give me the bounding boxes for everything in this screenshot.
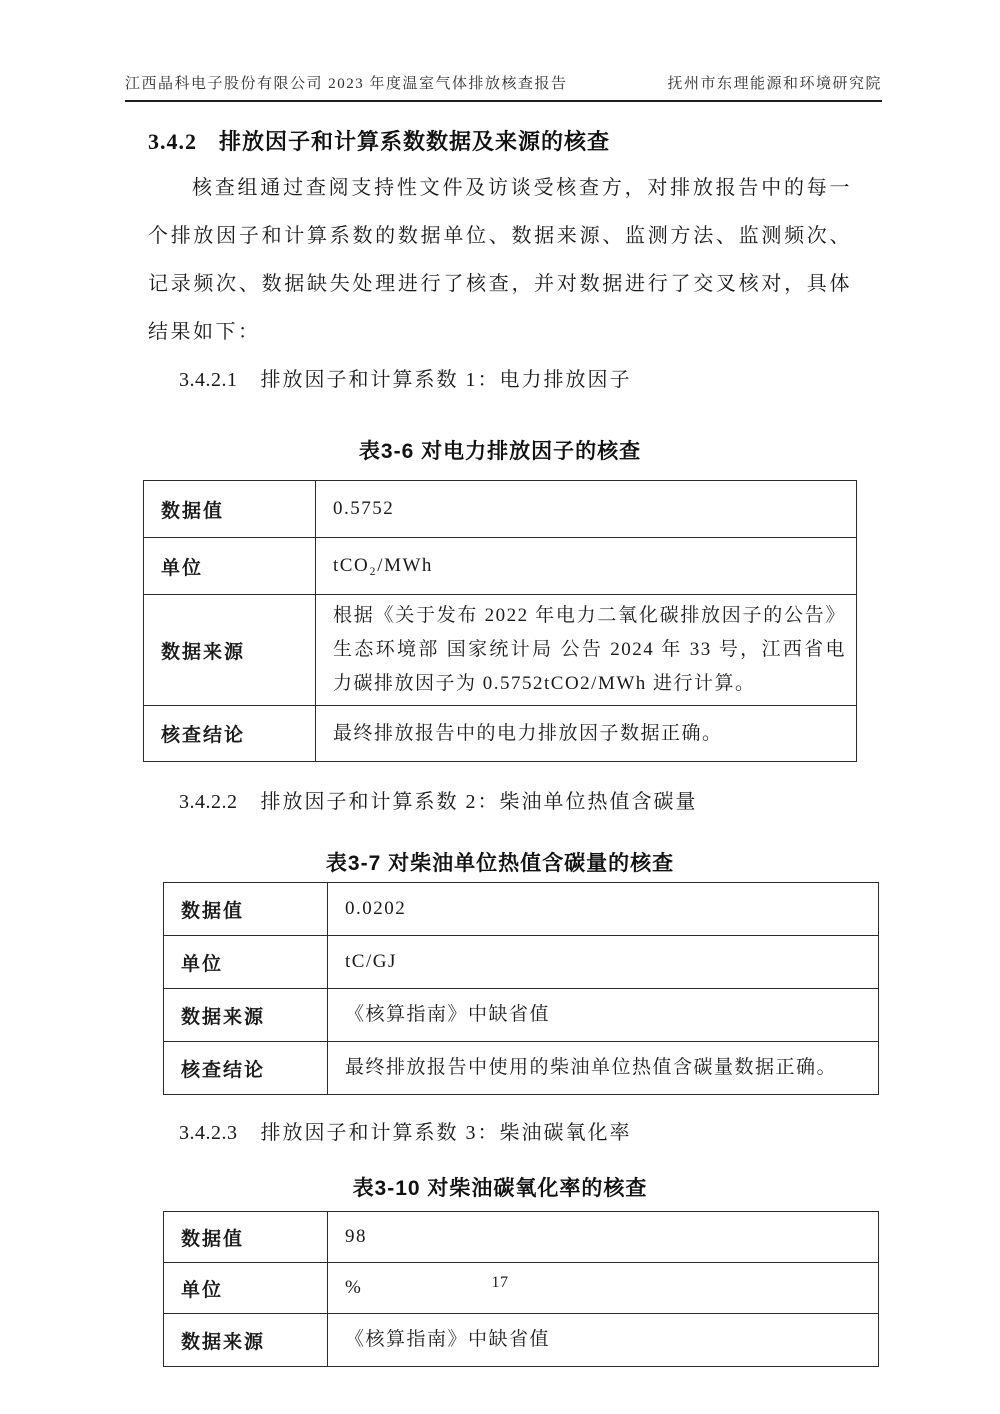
page-number: 17 [0, 1274, 1000, 1292]
header-right-title: 抚州市东理能源和环境研究院 [667, 72, 882, 93]
row-label-cell: 数据值 [164, 1212, 328, 1263]
subsection-heading-1: 3.4.2.1 排放因子和计算系数 1：电力排放因子 [148, 356, 852, 404]
section-heading: 3.4.2 排放因子和计算系数数据及来源的核查 [148, 128, 852, 156]
table-row: 数据值 98 [164, 1212, 879, 1263]
row-value-cell: tCO₂/MWh [316, 538, 857, 595]
page-header: 江西晶科电子股份有限公司 2023 年度温室气体排放核查报告 抚州市东理能源和环… [125, 72, 882, 102]
subsection-2-title: 排放因子和计算系数 2：柴油单位热值含碳量 [261, 791, 698, 813]
table-3-10-caption: 表3-10 对柴油碳氧化率的核查 [148, 1175, 852, 1203]
table-row: 数据来源 《核算指南》中缺省值 [164, 1314, 879, 1367]
row-label-cell: 核查结论 [164, 1042, 328, 1095]
table-3-6: 数据值 0.5752 单位 tCO₂/MWh 数据来源 根据《关于发布 2022… [143, 480, 857, 762]
table-row: 数据来源 根据《关于发布 2022 年电力二氧化碳排放因子的公告》生态环境部 国… [144, 595, 857, 706]
row-value-cell: 根据《关于发布 2022 年电力二氧化碳排放因子的公告》生态环境部 国家统计局 … [316, 595, 857, 706]
row-value-cell: 最终排放报告中的电力排放因子数据正确。 [316, 706, 857, 762]
row-value-cell: 《核算指南》中缺省值 [328, 989, 879, 1042]
table-3-6-caption: 表3-6 对电力排放因子的核查 [148, 438, 852, 466]
table-row: 核查结论 最终排放报告中使用的柴油单位热值含碳量数据正确。 [164, 1042, 879, 1095]
table-3-7-caption: 表3-7 对柴油单位热值含碳量的核查 [148, 850, 852, 878]
table-row: 数据值 0.0202 [164, 883, 879, 936]
subsection-1-number: 3.4.2.1 [179, 369, 238, 391]
row-value-cell: 0.5752 [316, 481, 857, 538]
row-label-cell: 单位 [144, 538, 316, 595]
table-row: 数据值 0.5752 [144, 481, 857, 538]
header-left-title: 江西晶科电子股份有限公司 2023 年度温室气体排放核查报告 [125, 72, 568, 93]
document-page: 江西晶科电子股份有限公司 2023 年度温室气体排放核查报告 抚州市东理能源和环… [0, 0, 1000, 1414]
row-label-cell: 核查结论 [144, 706, 316, 762]
subsection-3-title: 排放因子和计算系数 3：柴油碳氧化率 [261, 1122, 632, 1144]
table-3-7: 数据值 0.0202 单位 tC/GJ 数据来源 《核算指南》中缺省值 核查结论… [163, 882, 879, 1095]
table-row: 单位 tCO₂/MWh [144, 538, 857, 595]
table-row: 单位 tC/GJ [164, 936, 879, 989]
row-label-cell: 数据值 [164, 883, 328, 936]
section-title: 排放因子和计算系数数据及来源的核查 [219, 128, 610, 156]
row-value-cell: 《核算指南》中缺省值 [328, 1314, 879, 1367]
subsection-heading-3: 3.4.2.3 排放因子和计算系数 3：柴油碳氧化率 [148, 1109, 852, 1157]
row-value-cell: 最终排放报告中使用的柴油单位热值含碳量数据正确。 [328, 1042, 879, 1095]
intro-paragraph: 核查组通过查阅支持性文件及访谈受核查方，对排放报告中的每一个排放因子和计算系数的… [148, 164, 852, 356]
section-number: 3.4.2 [148, 128, 197, 156]
row-label-cell: 单位 [164, 936, 328, 989]
subsection-1-title: 排放因子和计算系数 1：电力排放因子 [261, 369, 632, 391]
row-label-cell: 数据来源 [164, 989, 328, 1042]
subsection-3-number: 3.4.2.3 [179, 1122, 238, 1144]
row-label-cell: 数据值 [144, 481, 316, 538]
row-label-cell: 数据来源 [164, 1314, 328, 1367]
page-content: 3.4.2 排放因子和计算系数数据及来源的核查 核查组通过查阅支持性文件及访谈受… [148, 100, 852, 1367]
table-row: 核查结论 最终排放报告中的电力排放因子数据正确。 [144, 706, 857, 762]
row-label-cell: 数据来源 [144, 595, 316, 706]
subsection-2-number: 3.4.2.2 [179, 791, 238, 813]
row-value-cell: 0.0202 [328, 883, 879, 936]
table-row: 数据来源 《核算指南》中缺省值 [164, 989, 879, 1042]
row-value-cell: tC/GJ [328, 936, 879, 989]
row-value-cell: 98 [328, 1212, 879, 1263]
subsection-heading-2: 3.4.2.2 排放因子和计算系数 2：柴油单位热值含碳量 [148, 778, 852, 826]
